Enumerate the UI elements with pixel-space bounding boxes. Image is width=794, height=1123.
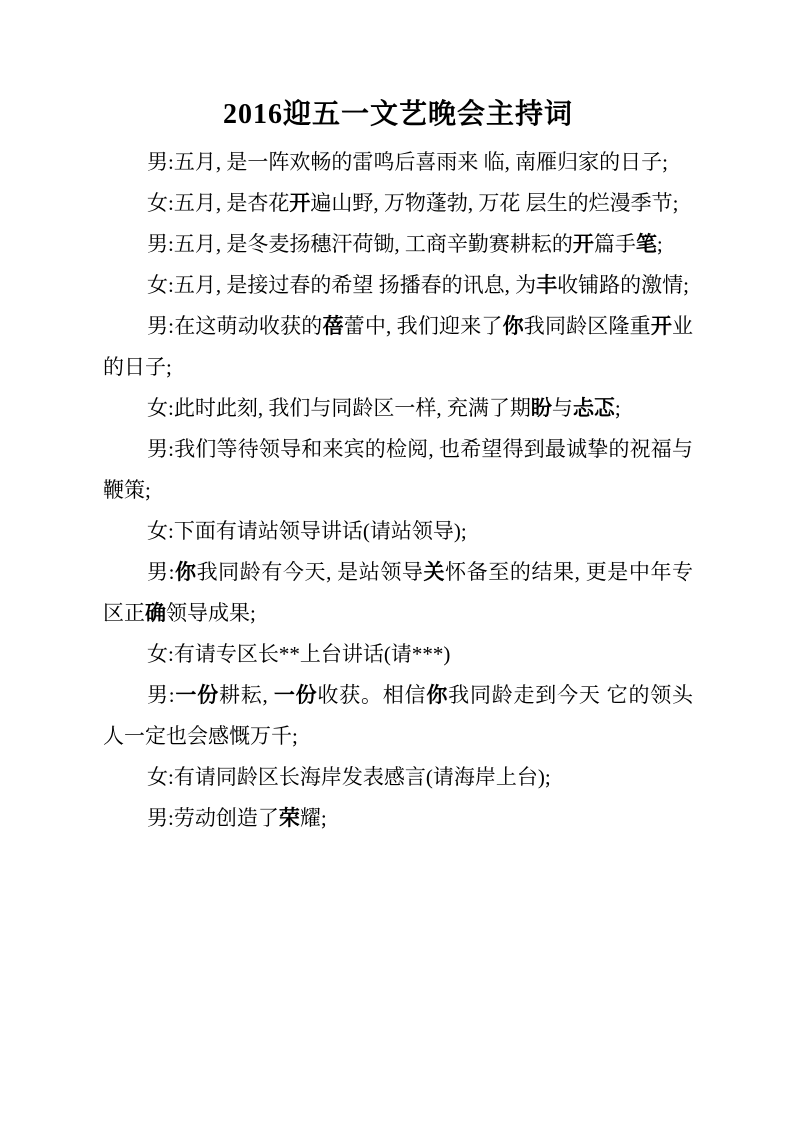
text-run: 我同龄有今天, 是站领导 (197, 560, 424, 584)
text-run: 女:有请专区长**上台讲话(请***) (147, 642, 450, 666)
bold-text-run: 忐忑 (573, 396, 615, 420)
text-run: 男:五月, 是冬麦扬穗汗荷锄, 工商辛勤赛耕耘的 (147, 232, 573, 256)
text-run: 耀; (300, 806, 327, 830)
text-run: 篇手 (594, 232, 636, 256)
text-run: 男:在这萌动收获的 (147, 314, 322, 338)
text-run: ; (657, 232, 663, 256)
bold-text-run: 荣 (279, 806, 300, 830)
text-run: 耕耘, (219, 683, 274, 707)
paragraph: 女:五月, 是杏花开遍山野, 万物蓬勃, 万花 层生的烂漫季节; (103, 183, 693, 224)
paragraph: 男:你我同龄有今天, 是站领导关怀备至的结果, 更是中年专区正确领导成果; (103, 552, 693, 634)
paragraph: 男:五月, 是冬麦扬穗汗荷锄, 工商辛勤赛耕耘的开篇手笔; (103, 224, 693, 265)
bold-text-run: 一份 (274, 683, 318, 707)
bold-text-run: 你 (174, 560, 196, 584)
text-run: 男:我们等待领导和来宾的检阅, 也希望得到最诚挚的祝福与鞭策; (103, 437, 693, 502)
text-run: 男: (147, 560, 174, 584)
text-run: 收获。相信 (317, 683, 426, 707)
text-run: 与 (552, 396, 573, 420)
text-run: 男:五月, 是一阵欢畅的雷鸣后喜雨来 临, 南雁归家的日子; (147, 150, 668, 174)
bold-text-run: 蓓 (322, 314, 343, 338)
text-run: 蕾中, 我们迎来了 (344, 314, 503, 338)
bold-text-run: 盼 (531, 396, 552, 420)
text-run: 女:此时此刻, 我们与同龄区一样, 充满了期 (147, 396, 531, 420)
text-run: 我同龄区隆重 (524, 314, 651, 338)
paragraph: 女:有请同龄区长海岸发表感言(请海岸上台); (103, 757, 693, 798)
document-body: 男:五月, 是一阵欢畅的雷鸣后喜雨来 临, 南雁归家的日子;女:五月, 是杏花开… (103, 142, 693, 839)
text-run: 女:有请同龄区长海岸发表感言(请海岸上台); (147, 765, 551, 789)
paragraph: 男:一份耕耘, 一份收获。相信你我同龄走到今天 它的领头人一定也会感慨万千; (103, 675, 693, 757)
paragraph: 女:五月, 是接过春的希望 扬播春的讯息, 为丰收铺路的激情; (103, 265, 693, 306)
document-page: 2016迎五一文艺晚会主持词 男:五月, 是一阵欢畅的雷鸣后喜雨来 临, 南雁归… (0, 0, 794, 1123)
text-run: 女:下面有请站领导讲话(请站领导); (147, 519, 467, 543)
bold-text-run: 开 (573, 232, 594, 256)
paragraph: 男:劳动创造了荣耀; (103, 798, 693, 839)
bold-text-run: 开 (289, 191, 310, 215)
bold-text-run: 开 (651, 314, 672, 338)
text-run: 男: (147, 683, 175, 707)
text-run: 遍山野, 万物蓬勃, 万花 层生的烂漫季节; (310, 191, 678, 215)
bold-text-run: 关 (424, 560, 446, 584)
bold-text-run: 你 (426, 683, 448, 707)
text-run: 女:五月, 是接过春的希望 扬播春的讯息, 为 (147, 273, 536, 297)
text-run: ; (615, 396, 621, 420)
text-run: 女:五月, 是杏花 (147, 191, 289, 215)
paragraph: 男:我们等待领导和来宾的检阅, 也希望得到最诚挚的祝福与鞭策; (103, 429, 693, 511)
text-run: 男:劳动创造了 (147, 806, 279, 830)
bold-text-run: 一份 (175, 683, 219, 707)
bold-text-run: 确 (145, 601, 166, 625)
paragraph: 女:此时此刻, 我们与同龄区一样, 充满了期盼与忐忑; (103, 388, 693, 429)
paragraph: 女:下面有请站领导讲话(请站领导); (103, 511, 693, 552)
bold-text-run: 丰 (536, 273, 557, 297)
paragraph: 女:有请专区长**上台讲话(请***) (103, 634, 693, 675)
text-run: 领导成果; (166, 601, 256, 625)
text-run: 收铺路的激情; (557, 273, 689, 297)
paragraph: 男:在这萌动收获的蓓蕾中, 我们迎来了你我同龄区隆重开业的日子; (103, 306, 693, 388)
document-title: 2016迎五一文艺晚会主持词 (103, 96, 693, 134)
bold-text-run: 笔 (636, 232, 657, 256)
paragraph: 男:五月, 是一阵欢畅的雷鸣后喜雨来 临, 南雁归家的日子; (103, 142, 693, 183)
bold-text-run: 你 (503, 314, 524, 338)
